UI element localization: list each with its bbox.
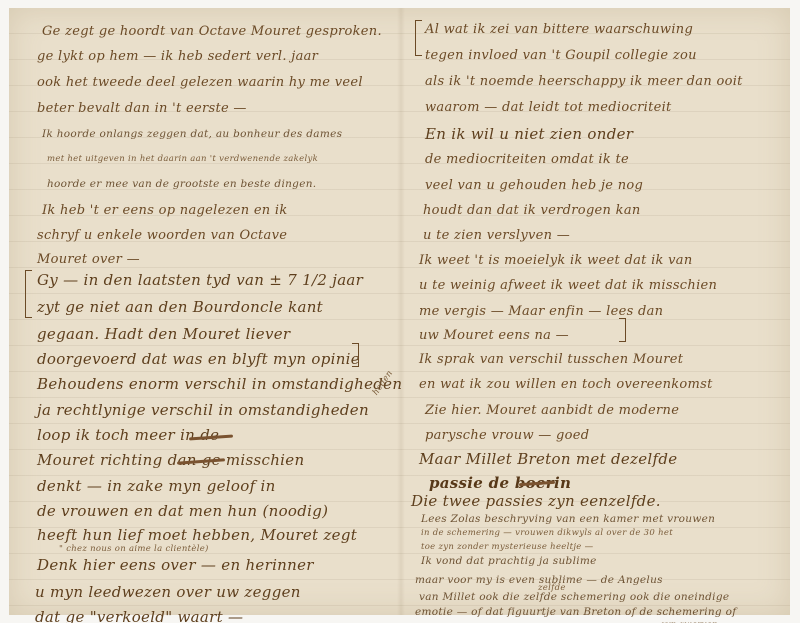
handwritten-line: en wat ik zou willen en toch overeenkoms…	[419, 377, 713, 392]
handwritten-line: Ik heb 't er eens op nagelezen en ik	[42, 203, 288, 218]
handwritten-line: me vergis — Maar enfin — lees dan	[419, 304, 663, 319]
handwritten-line: u te weinig afweet ik weet dat ik missch…	[419, 278, 717, 293]
handwritten-line: dat ge "verkoeld" waart —	[35, 608, 243, 623]
handwritten-line: emotie — of dat figuurtje van Breton of …	[415, 606, 736, 618]
handwritten-line: toe zyn zonder mysterieuse heeltje —	[421, 542, 593, 552]
handwritten-line: Gy — in den laatsten tyd van ± 7 1/2 jaa…	[37, 271, 363, 289]
handwritten-line: loop ik toch meer in de	[37, 426, 219, 444]
interlinear-note: zelfde	[538, 583, 566, 593]
letter-sheet: Ge zegt ge hoordt van Octave Mouret gesp…	[9, 8, 790, 615]
handwritten-line: Al wat ik zei van bittere waarschuwing	[425, 22, 693, 37]
handwritten-line: ja rechtlynige verschil in omstandighede…	[37, 401, 369, 419]
handwritten-line: veel van u gehouden heb je nog	[425, 178, 643, 193]
open-bracket-mark	[415, 20, 422, 56]
handwritten-line: ook het tweede deel gelezen waarin hy me…	[37, 75, 363, 90]
close-bracket-mark	[352, 343, 359, 367]
handwritten-line: als ik 't noemde heerschappy ik meer dan…	[425, 74, 743, 89]
handwritten-line: beter bevalt dan in 't eerste —	[37, 101, 247, 116]
handwritten-line: parysche vrouw — goed	[425, 428, 589, 443]
interlinear-note: " chez nous on aime la clientèle)	[59, 544, 209, 554]
handwritten-line: Die twee passies zyn eenzelfde.	[411, 492, 661, 510]
handwritten-line: gegaan. Hadt den Mouret liever	[37, 325, 290, 343]
handwritten-line: u te zien verslyven —	[423, 228, 570, 243]
handwritten-line: denkt — in zake myn geloof in	[37, 477, 276, 495]
handwritten-line: Maar Millet Breton met dezelfde	[419, 450, 677, 468]
handwritten-line: Mouret richting dan ge misschien	[37, 451, 304, 469]
handwritten-line: u myn leedwezen over uw zeggen	[35, 583, 301, 601]
handwritten-line: ge lykt op hem — ik heb sedert verl. jaa…	[37, 49, 318, 64]
handwritten-line: tegen invloed van 't Goupil collegie zou	[425, 48, 697, 63]
handwritten-line: de vrouwen en dat men hun (noodig)	[37, 502, 328, 520]
handwritten-line: in de schemering — vrouwen dikwyls al ov…	[421, 528, 673, 538]
handwritten-line: Ik vond dat prachtig ja sublime	[421, 555, 597, 567]
handwritten-line: Ge zegt ge hoordt van Octave Mouret gesp…	[42, 24, 382, 39]
handwritten-line: Denk hier eens over — en herinner	[37, 556, 314, 574]
handwritten-line: met het uitgeven in het daarin aan 't ve…	[47, 154, 318, 164]
handwritten-line: heeft hun lief moet hebben, Mouret zegt	[37, 526, 357, 544]
handwritten-line: hoorde er mee van de grootste en beste d…	[47, 178, 316, 190]
handwritten-line: waarom — dat leidt tot mediocriteit	[425, 100, 672, 115]
handwritten-line: Behoudens enorm verschil in omstandighed…	[37, 375, 402, 393]
right-page: Al wat ik zei van bittere waarschuwing t…	[401, 8, 790, 615]
handwritten-line: Zie hier. Mouret aanbidt de moderne	[425, 403, 679, 418]
close-bracket-mark	[619, 318, 626, 342]
handwritten-line: Ik weet 't is moeielyk ik weet dat ik va…	[419, 253, 693, 268]
handwritten-line: zyt ge niet aan den Bourdoncle kant	[37, 298, 323, 316]
handwritten-line: Mouret over —	[37, 252, 140, 267]
handwritten-line: van Millet ook die zelfde schemering ook…	[419, 591, 729, 603]
open-bracket-mark	[25, 270, 32, 318]
handwritten-line: Lees Zolas beschryving van een kamer met…	[421, 513, 715, 525]
handwritten-line: uw Mouret eens na —	[419, 328, 569, 343]
handwritten-line: Ik hoorde onlangs zeggen dat, au bonheur…	[42, 128, 342, 140]
handwritten-line: schryf u enkele woorden van Octave	[37, 228, 287, 243]
handwritten-line: En ik wil u niet zien onder	[425, 125, 633, 143]
left-page: Ge zegt ge hoordt van Octave Mouret gesp…	[9, 8, 399, 615]
handwritten-line: houdt dan dat ik verdrogen kan	[423, 203, 641, 218]
handwritten-line: doorgevoerd dat was en blyft myn opinie	[37, 350, 360, 368]
handwritten-line: Ik sprak van verschil tusschen Mouret	[419, 352, 683, 367]
handwritten-line: de mediocriteiten omdat ik te	[425, 152, 629, 167]
